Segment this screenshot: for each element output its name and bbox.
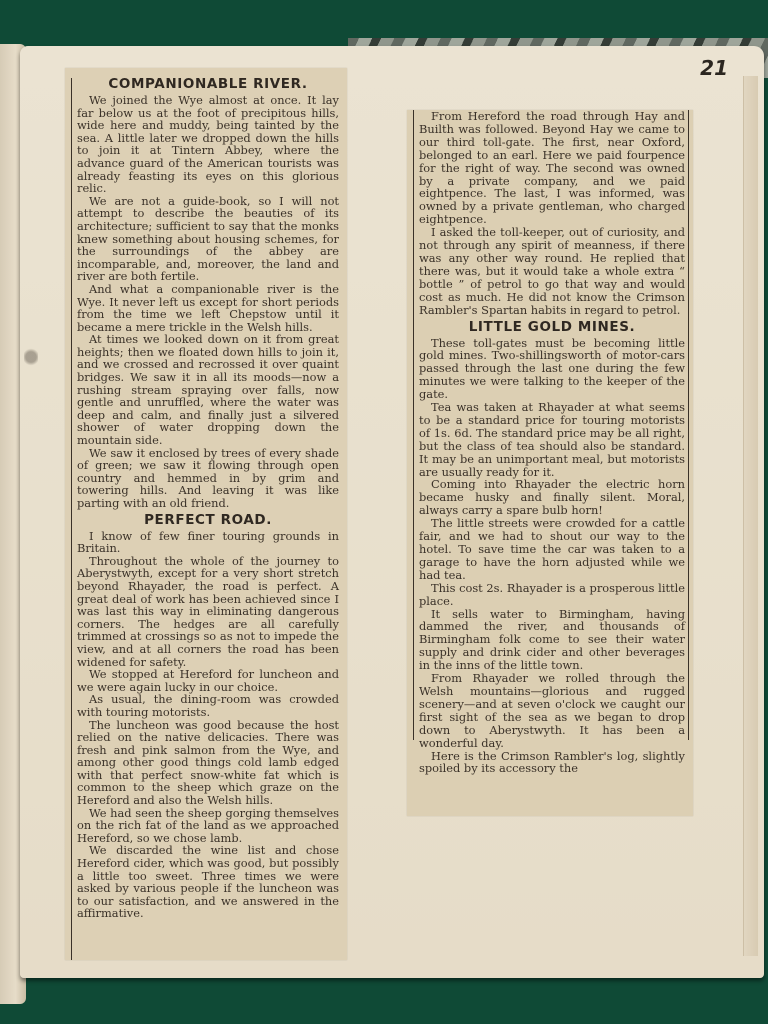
paragraph: We discarded the wine list and chose Her… [77,844,339,920]
paragraph: As usual, the dining-room was crowded wi… [77,693,339,718]
binding-hole [24,346,38,368]
paragraph: The luncheon was good because the host r… [77,719,339,807]
paragraph: This cost 2s. Rhayader is a prosperous l… [419,582,685,608]
paragraph: I know of few finer touring grounds in B… [77,530,339,555]
section-heading-perfect-road: PERFECT ROAD. [77,512,339,528]
paragraph: It sells water to Birmingham, having dam… [419,608,685,673]
newspaper-clipping-right: From Hereford the road through Hay and B… [407,110,693,816]
paragraph: We had seen the sheep gorging themselves… [77,807,339,845]
section-heading-companionable-river: COMPANIONABLE RIVER. [77,76,339,92]
paragraph: We stopped at Hereford for luncheon and … [77,668,339,693]
paragraph: We saw it enclosed by trees of every sha… [77,447,339,510]
paragraph: We are not a guide-book, so I will not a… [77,195,339,283]
paragraph: And what a companionable river is the Wy… [77,283,339,333]
scrapbook-page: 21 COMPANIONABLE RIVER. We joined the Wy… [20,46,764,978]
column-rule [71,78,72,960]
page-number: 21 [700,56,728,80]
paragraph: Tea was taken at Rhayader at what seems … [419,401,685,478]
column-rule [413,110,414,740]
column-rule-right [688,110,689,740]
paragraph: I asked the toll-keeper, out of curiosit… [419,226,685,316]
paragraph: Here is the Crimson Rambler's log, sligh… [419,750,685,776]
paragraph: Throughout the whole of the journey to A… [77,555,339,668]
paragraph: These toll-gates must be becoming little… [419,337,685,402]
paragraph: From Hereford the road through Hay and B… [419,110,685,226]
paragraph: Coming into Rhayader the electric horn b… [419,478,685,517]
paragraph: At times we looked down on it from great… [77,333,339,446]
section-heading-little-gold-mines: LITTLE GOLD MINES. [419,319,685,335]
paragraph: We joined the Wye almost at once. It lay… [77,94,339,195]
clipping-text-right: From Hereford the road through Hay and B… [419,110,685,775]
clipping-text-left: COMPANIONABLE RIVER. We joined the Wye a… [77,74,339,920]
paragraph: From Rhayader we rolled through the Wels… [419,672,685,749]
paragraph: The little streets were crowded for a ca… [419,517,685,582]
newspaper-clipping-left: COMPANIONABLE RIVER. We joined the Wye a… [65,68,347,960]
